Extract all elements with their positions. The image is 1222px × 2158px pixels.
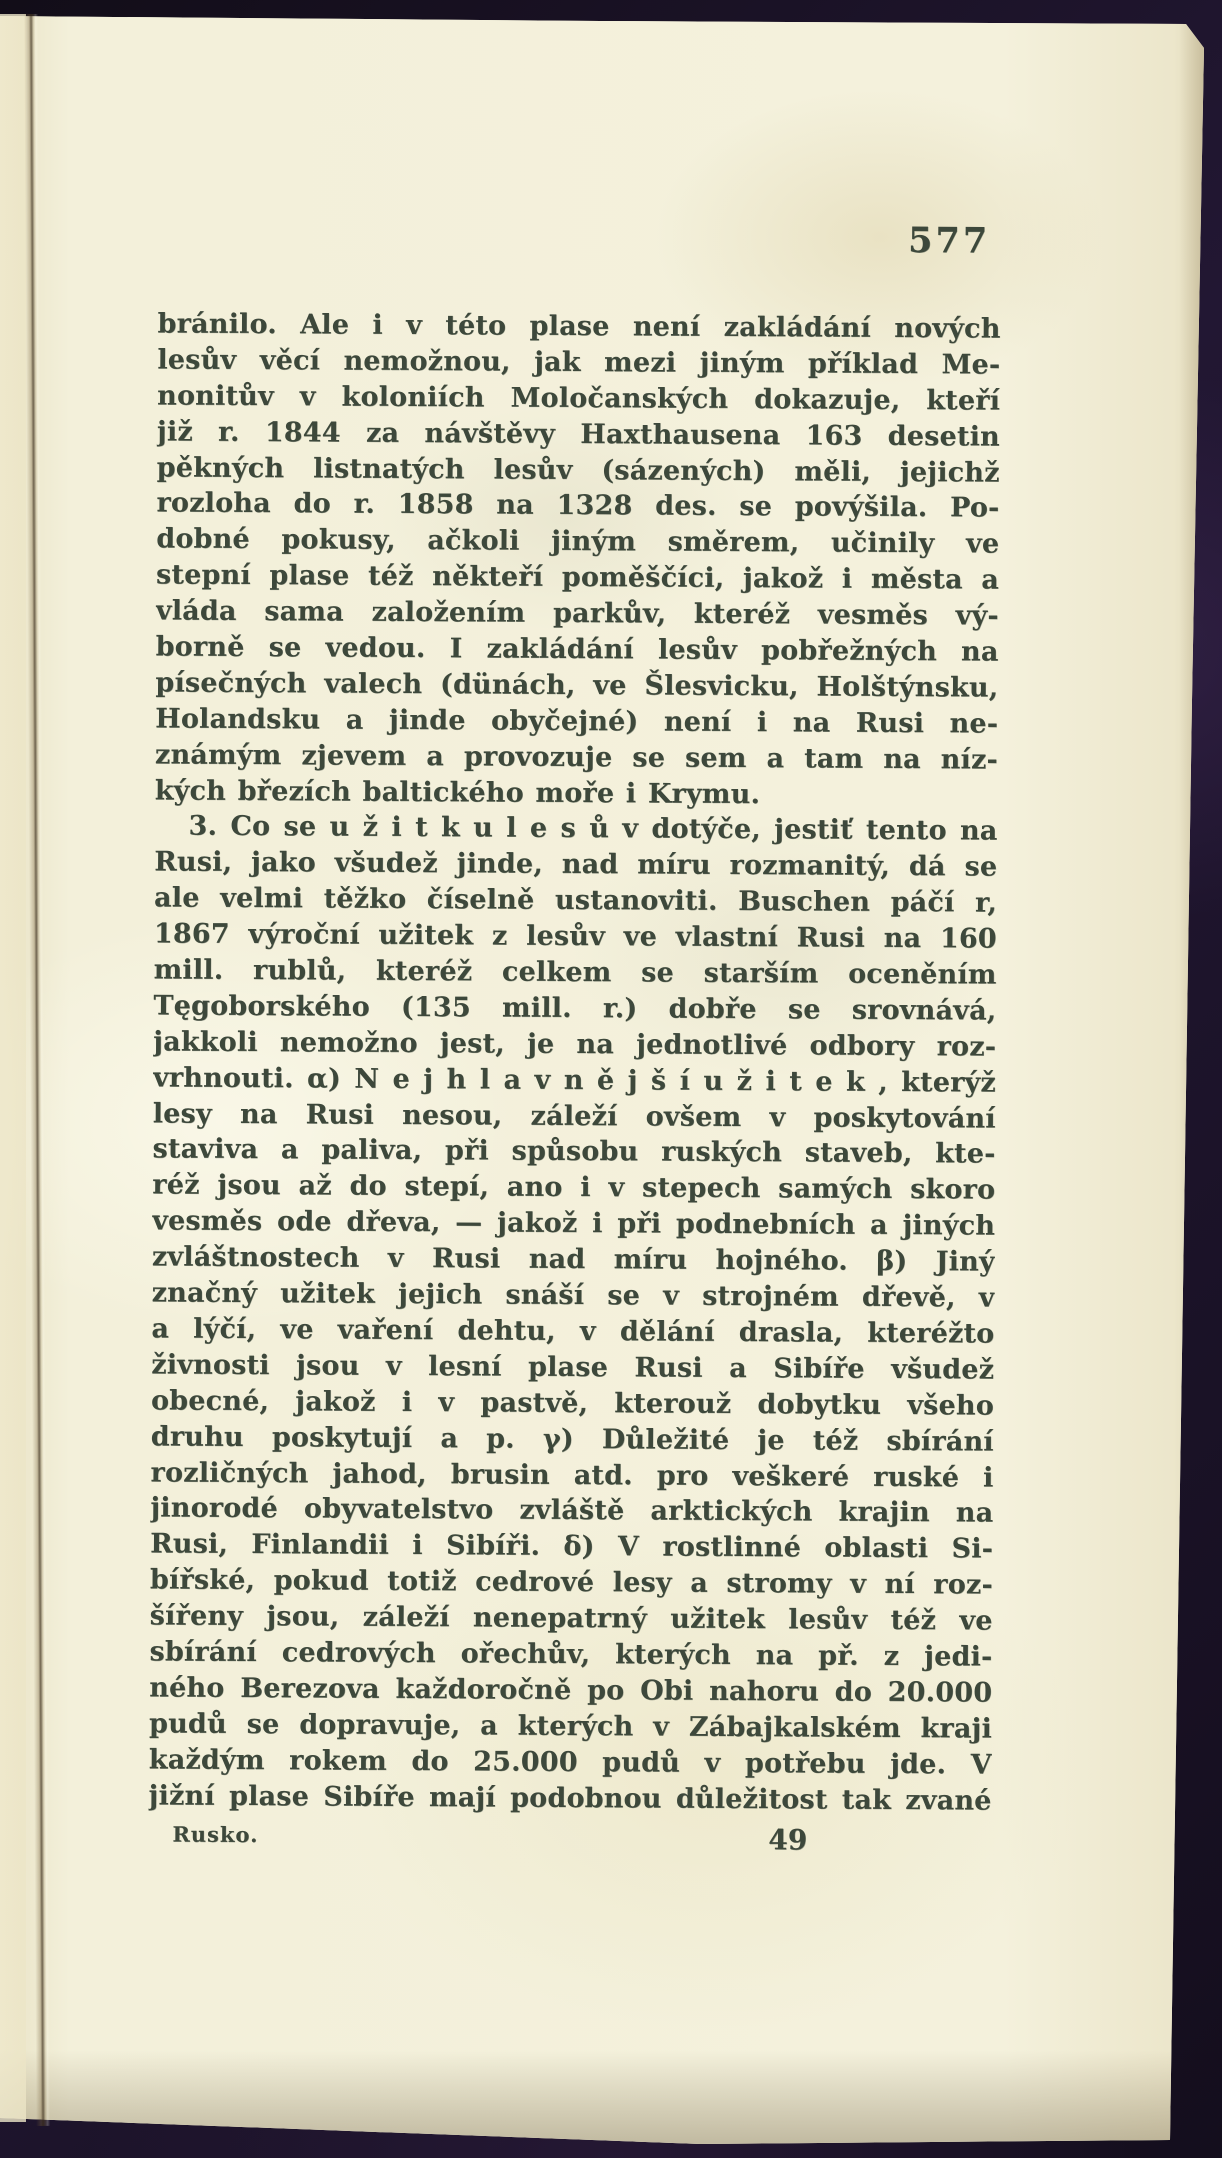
page-edge-strip <box>0 14 26 2122</box>
text-line: lesův věcí nemožnou, jak mezi jiným přík… <box>157 342 1000 383</box>
text-line: vláda sama založením parkův, kteréž vesm… <box>156 594 999 635</box>
page-footer: Rusko. 49 <box>148 1819 991 1870</box>
text-line: kých březích baltického moře i Krymu. <box>155 773 998 814</box>
text-line: již r. 1844 za návštěvy Haxthausena 163 … <box>157 414 1000 455</box>
text-line: značný užitek jejich snáší se v strojném… <box>152 1275 995 1316</box>
text-line: lesy na Rusi nesou, záleží ovšem v posky… <box>153 1096 996 1137</box>
text-line: 1867 výroční užitek z lesův ve vlastní R… <box>154 917 997 958</box>
text-line: Rusi, Finlandii i Sibíři. δ) V rostlinné… <box>150 1527 993 1568</box>
text-line: stepní plase též někteří poměščíci, jako… <box>156 558 999 599</box>
text-line: pudů se dopravuje, a kterých v Zábajkals… <box>149 1706 992 1747</box>
text-line: mill. rublů, kteréž celkem se starším oc… <box>154 952 997 993</box>
text-line: sbírání cedrových ořechův, kterých na př… <box>149 1634 992 1675</box>
page-number: 577 <box>908 220 990 262</box>
text-line: bránilo. Ale i v této plase není zakládá… <box>157 306 1000 347</box>
text-line: dobné pokusy, ačkoli jiným směrem, učini… <box>156 522 999 563</box>
text-line: vrhnouti. α) N e j h l a v n ě j š í u ž… <box>153 1060 996 1101</box>
text-line: Rusi, jako všudež jinde, nad míru rozman… <box>154 845 997 886</box>
text-line: každým rokem do 25.000 pudů v potřebu jd… <box>149 1742 992 1783</box>
text-line: živnosti jsou v lesní plase Rusi a Sibíř… <box>151 1347 994 1388</box>
text-line: bířské, pokud totiž cedrové lesy a strom… <box>150 1563 993 1604</box>
text-line: vesměs ode dřeva, — jakož i při podnební… <box>152 1204 995 1245</box>
text-line: staviva a paliva, při spůsobu ruských st… <box>152 1132 995 1173</box>
text-line: a lýčí, ve vaření dehtu, v dělání drasla… <box>151 1311 994 1352</box>
text-line: borně se vedou. I zakládání lesův pobřež… <box>156 629 999 670</box>
text-line: jinorodé obyvatelstvo zvláště arktických… <box>150 1491 993 1532</box>
text-line: 3. Co se u ž i t k u l e s ů v dotýče, j… <box>154 809 997 850</box>
printed-content: 577 bránilo. Ale i v této plase není zak… <box>146 0 1002 2158</box>
text-line: jižní plase Sibíře mají podobnou důležit… <box>149 1778 992 1819</box>
text-line: obecné, jakož i v pastvě, kterouž dobytk… <box>151 1383 994 1424</box>
text-line: známým zjevem a provozuje se sem a tam n… <box>155 737 998 778</box>
text-line: písečných valech (dünách, ve Šlesvicku, … <box>155 665 998 706</box>
text-line: zvláštnostech v Rusi nad míru hojného. β… <box>152 1240 995 1281</box>
text-line: ného Berezova každoročně po Obi nahoru d… <box>149 1670 992 1711</box>
text-line: nonitův v koloniích Moločanských dokazuj… <box>157 378 1000 419</box>
text-line: rozloha do r. 1858 na 1328 des. se povýš… <box>156 486 999 527</box>
text-line: Holandsku a jinde obyčejné) není i na Ru… <box>155 701 998 742</box>
text-line: Tęgoborského (135 mill. r.) dobře se sro… <box>153 988 996 1029</box>
body-text: bránilo. Ale i v této plase není zakládá… <box>149 306 1001 1819</box>
signature-title: Rusko. <box>172 1822 258 1848</box>
text-line: rozličných jahod, brusin atd. pro vešker… <box>150 1455 993 1496</box>
scanned-page: 577 bránilo. Ale i v této plase není zak… <box>0 0 1222 2158</box>
text-line: druhu poskytují a p. γ) Důležité je též … <box>151 1419 994 1460</box>
text-line: pěkných listnatých lesův (sázených) měli… <box>157 450 1000 491</box>
text-line: šířeny jsou, záleží nenepatrný užitek le… <box>150 1598 993 1639</box>
text-line: réž jsou až do stepí, ano i v stepech sa… <box>152 1168 995 1209</box>
text-line: jakkoli nemožno jest, je na jednotlivé o… <box>153 1024 996 1065</box>
signature-number: 49 <box>768 1823 807 1856</box>
text-line: ale velmi těžko číselně ustanoviti. Busc… <box>154 881 997 922</box>
